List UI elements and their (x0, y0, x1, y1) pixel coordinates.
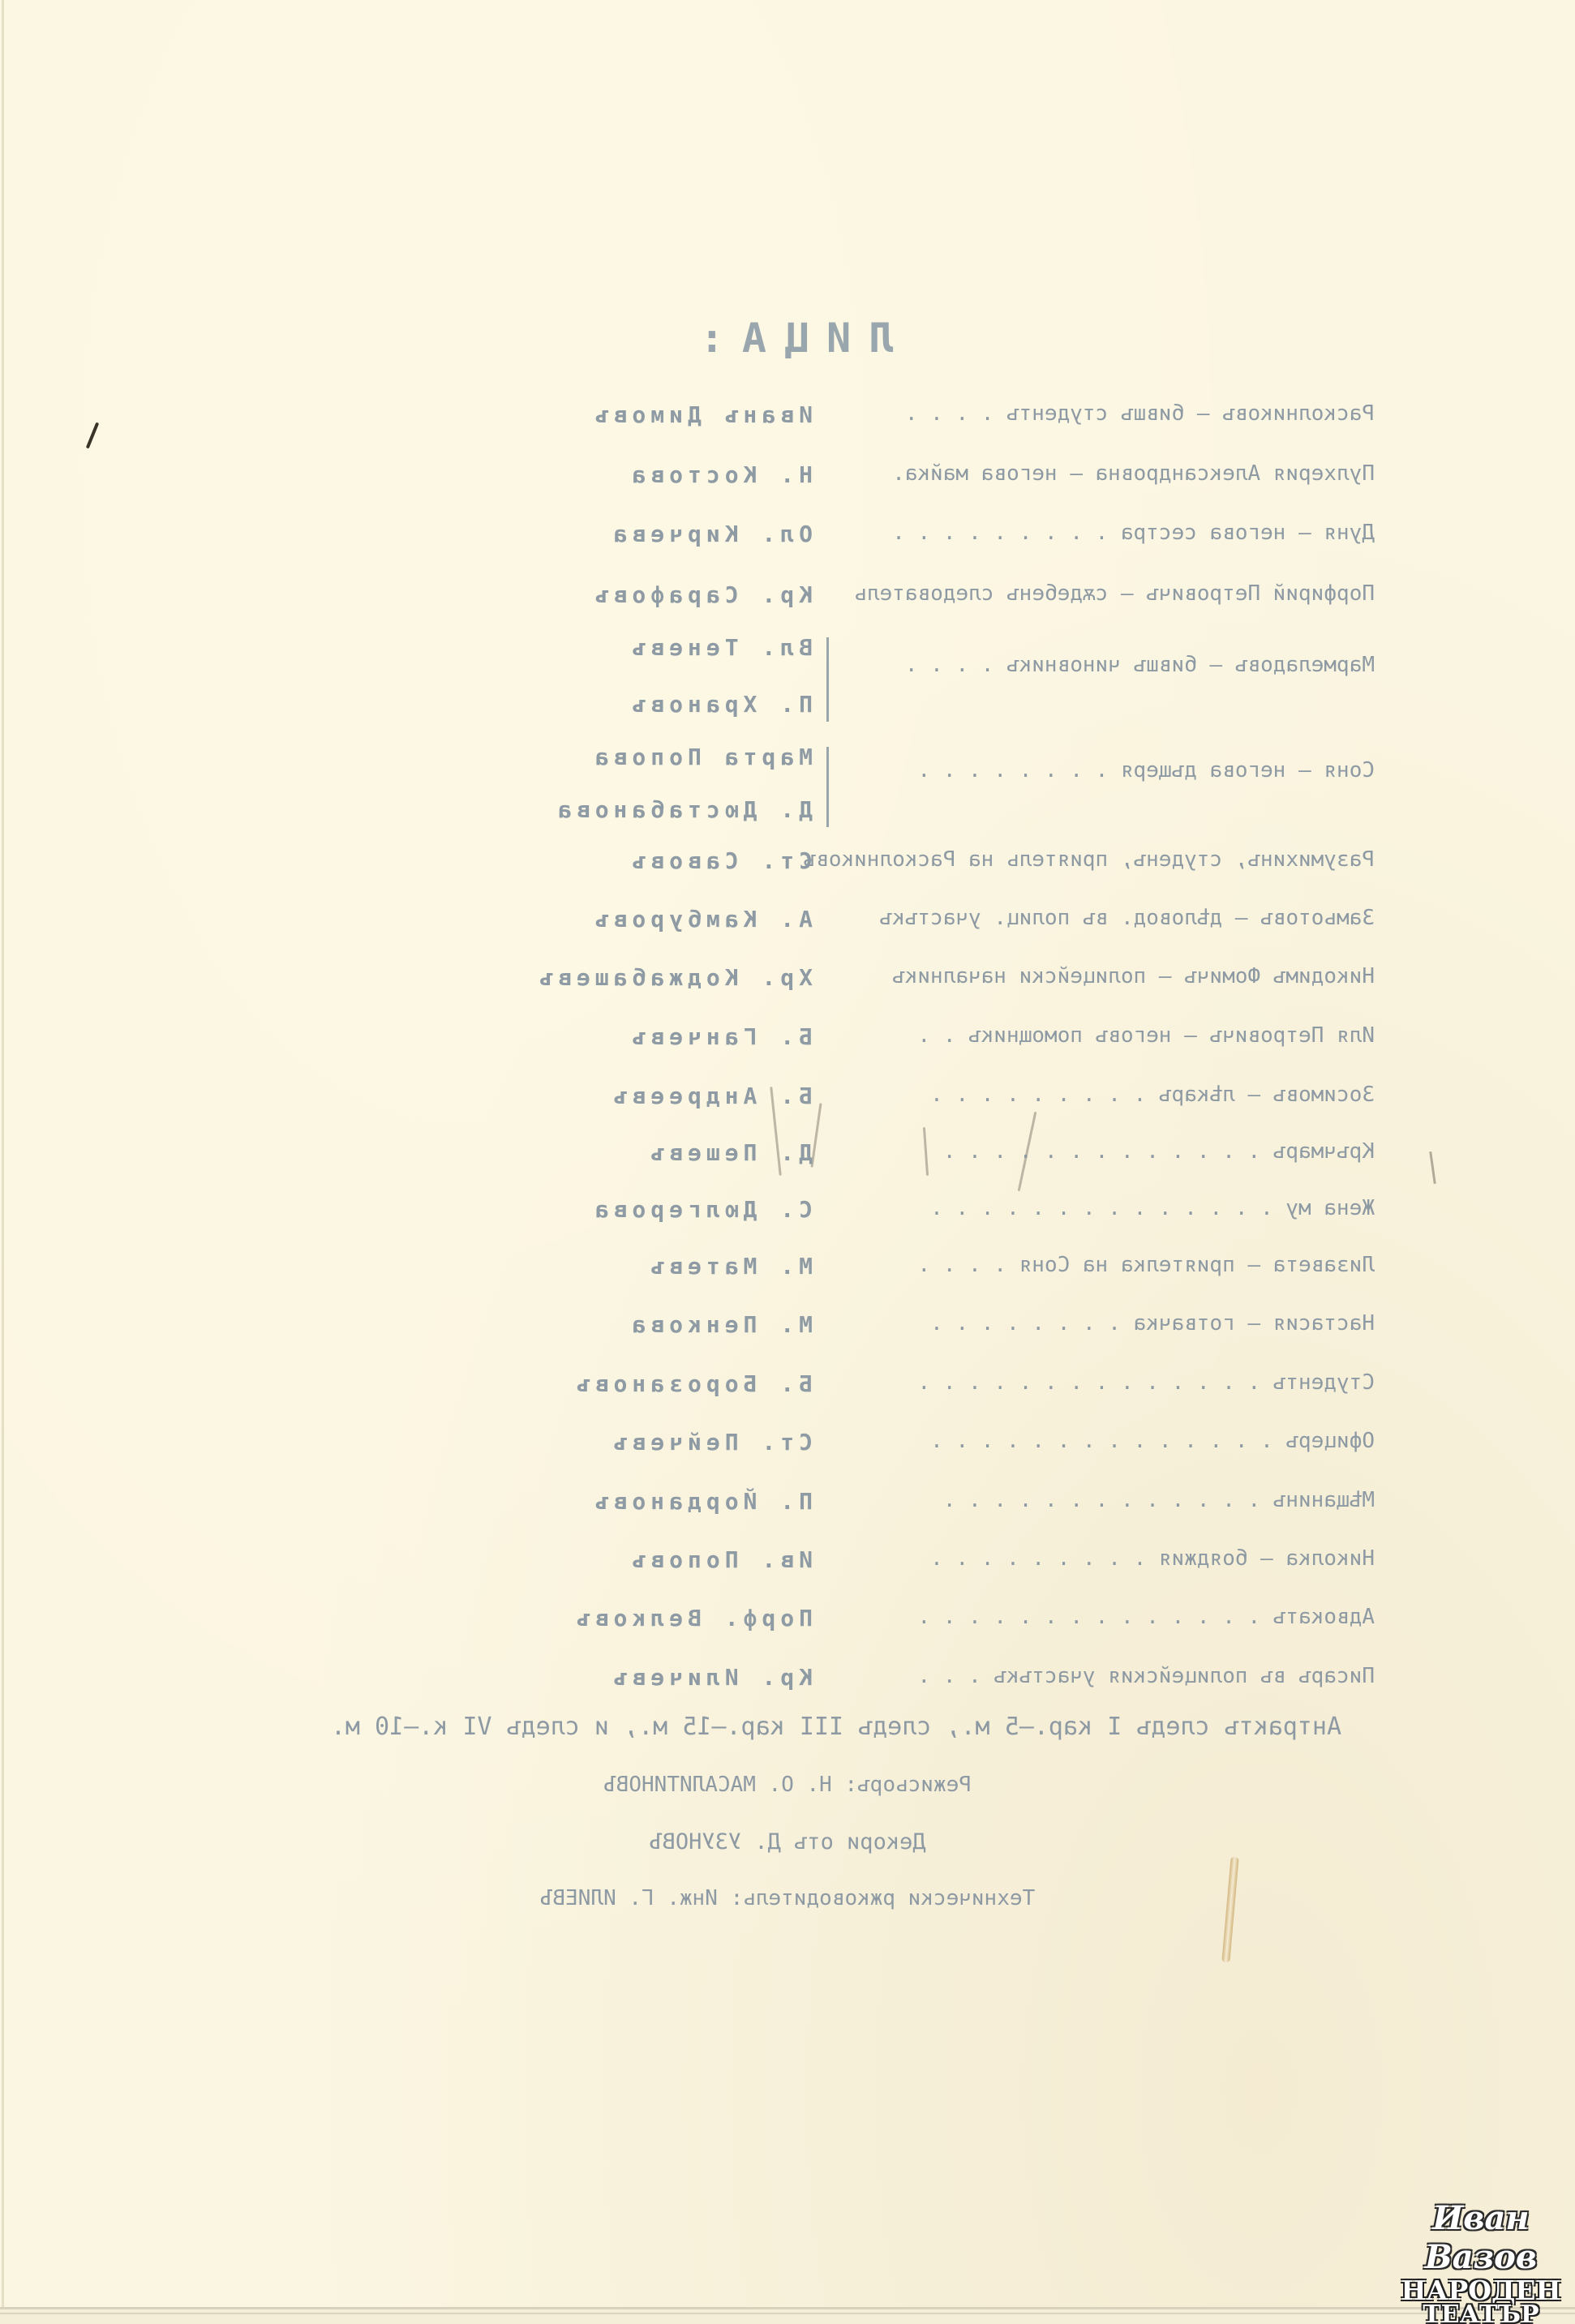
actor-name: Д. Дюстабанова (553, 796, 813, 823)
actor-group-brace (818, 637, 829, 722)
actor-name: Порф. Велковъ (572, 1605, 813, 1632)
role-label: Никодимъ Фомичъ — полицейски началникъ (892, 964, 1375, 988)
role-label: Пулхерия Александровна — негова майка. (892, 461, 1375, 486)
role-label: Кръчмаръ . . . . . . . . . . . . . (943, 1139, 1375, 1164)
actor-name: Марта Попова (590, 744, 813, 770)
cast-row: Порфирий Петровичъ — сѫдебенъ следовател… (0, 581, 1575, 614)
cast-row: Офицеръ . . . . . . . . . . . . . .Ст. П… (0, 1429, 1575, 1461)
actor-name: Кр. Иличевъ (609, 1664, 813, 1691)
actor-name: П. Храновъ (627, 691, 813, 718)
cast-row: Адвокатъ . . . . . . . . . . . . . .Порф… (0, 1605, 1575, 1637)
national-theatre-logo: Иван Вазов НАРОДЕН ТЕАТЪР (1400, 2199, 1562, 2296)
cast-row: Пулхерия Александровна — негова майка.Н.… (0, 461, 1575, 494)
actor-name: Б. Андреевъ (609, 1083, 813, 1109)
role-label: Замьотовъ — дѣловод. въ полиц. участъкъ (880, 906, 1375, 930)
logo-script: Иван Вазов (1400, 2199, 1562, 2277)
role-label: Дуня — негова сестра . . . . . . . . . (892, 521, 1375, 545)
cast-row: Николка — бояджия . . . . . . . . .Ив. П… (0, 1546, 1575, 1579)
director-credit: Режисьоръ: Н. О. МАСАЛИТИНОВЪ (0, 1773, 1575, 1797)
cast-row: Жена му . . . . . . . . . . . . . .С. Дю… (0, 1196, 1575, 1228)
actor-name: Ст. Пейчевъ (609, 1429, 813, 1456)
role-label: Лизавета — приятелка на Соня . . . . (917, 1253, 1375, 1277)
cast-row: Дуня — негова сестра . . . . . . . . .Ол… (0, 521, 1575, 553)
mirrored-cast-list: ЛИЦА: Расколниковъ — бившъ студентъ . . … (0, 0, 1575, 2324)
cast-row: Мѣщанинъ . . . . . . . . . . . . .П. Йор… (0, 1488, 1575, 1520)
role-label: Студентъ . . . . . . . . . . . . . . (917, 1370, 1375, 1395)
role-label: Жена му . . . . . . . . . . . . . . (930, 1196, 1375, 1220)
actor-name: М. Пенкова (627, 1311, 813, 1338)
role-label: Николка — бояджия . . . . . . . . . (930, 1546, 1375, 1571)
role-label: Разумихинъ, студенъ, приятель на Расколн… (804, 847, 1375, 872)
cast-row: Кръчмаръ . . . . . . . . . . . . .Д. Пеш… (0, 1139, 1575, 1172)
actor-group-brace (818, 747, 829, 827)
role-label: Мармеладовъ — бившъ чиновникъ . . . . (905, 653, 1375, 677)
role-label: Иля Петровичъ — неговъ помощникъ . . (917, 1023, 1375, 1048)
actor-name: Хр. Коджабашевъ (534, 964, 813, 991)
role-label: Офицеръ . . . . . . . . . . . . . . (930, 1429, 1375, 1453)
actor-name: Д. Пешевъ (646, 1139, 813, 1166)
actor-name: Ст. Савовъ (627, 847, 813, 874)
logo-line2: ТЕАТЪР (1400, 2301, 1562, 2324)
decor-credit: Декори отъ Д. УЗУНОВЪ (0, 1829, 1575, 1854)
actor-name: Ол. Кирчева (609, 521, 813, 547)
actor-name: М. Матевъ (646, 1253, 813, 1280)
cast-row: Зосимовъ — лѣкаръ . . . . . . . . .Б. Ан… (0, 1083, 1575, 1115)
actor-name: Б. Борозановъ (572, 1370, 813, 1397)
role-label: Зосимовъ — лѣкаръ . . . . . . . . . (930, 1083, 1375, 1107)
role-label: Соня — негова дъщеря . . . . . . . . (917, 758, 1375, 783)
role-label: Мѣщанинъ . . . . . . . . . . . . . (943, 1488, 1375, 1512)
actor-name: Ив. Поповъ (627, 1546, 813, 1573)
actor-name: С. Дюлгерова (590, 1196, 813, 1223)
intermission-note: Антрактъ следъ I кар.—5 м., следъ III ка… (49, 1713, 1575, 1741)
actor-name: Иванъ Димовъ (590, 401, 813, 428)
role-label: Адвокатъ . . . . . . . . . . . . . . (917, 1605, 1375, 1629)
cast-row: Настасия — готвачка . . . . . . . .М. Пе… (0, 1311, 1575, 1344)
actor-name: Б. Ганчевъ (627, 1023, 813, 1050)
cast-row: Студентъ . . . . . . . . . . . . . .Б. Б… (0, 1370, 1575, 1403)
actor-name: Вл. Теневъ (627, 634, 813, 661)
cast-row: Писаръ въ полицейския участъкъ . . .Кр. … (0, 1664, 1575, 1696)
actor-name: Н. Костова (627, 461, 813, 488)
actor-name: Кр. Сарафовъ (590, 581, 813, 608)
role-label: Расколниковъ — бившъ студентъ . . . . (905, 401, 1375, 426)
cast-row: Иля Петровичъ — неговъ помощникъ . .Б. Г… (0, 1023, 1575, 1056)
role-label: Писаръ въ полицейския участъкъ . . . (917, 1664, 1375, 1688)
technical-credit: Технически ржководитель: Инж. Г. ИЛИЕВЪ (0, 1886, 1575, 1910)
role-label: Порфирий Петровичъ — сѫдебенъ следовател… (854, 581, 1375, 607)
actor-name: П. Йордановъ (590, 1488, 813, 1515)
page-title: ЛИЦА: (0, 315, 1575, 362)
cast-row: Замьотовъ — дѣловод. въ полиц. участъкъА… (0, 906, 1575, 938)
cast-row: Расколниковъ — бившъ студентъ . . . .Ива… (0, 401, 1575, 434)
role-label: Настасия — готвачка . . . . . . . . (930, 1311, 1375, 1336)
cast-row: Лизавета — приятелка на Соня . . . .М. М… (0, 1253, 1575, 1285)
cast-row: Разумихинъ, студенъ, приятель на Расколн… (0, 847, 1575, 880)
actor-name: А. Камбуровъ (590, 906, 813, 933)
cast-row: Никодимъ Фомичъ — полицейски началникъХр… (0, 964, 1575, 997)
